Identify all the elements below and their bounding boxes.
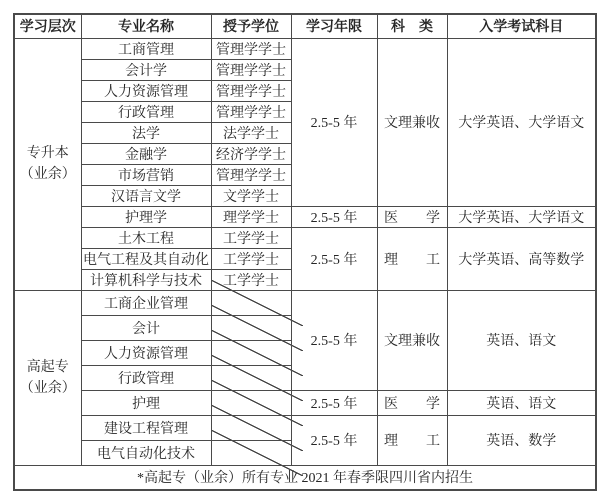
footnote: *高起专（业余）所有专业 2021 年春季限四川省内招生 [14,465,596,490]
exam-cell: 英语、语文 [447,390,596,415]
duration-cell: 2.5-5 年 [291,290,377,390]
table-row: 建设工程管理2.5-5 年理 工英语、数学 [14,415,596,440]
exam-cell: 英语、语文 [447,290,596,390]
major-cell: 电气自动化技术 [81,440,211,465]
major-cell: 金融学 [81,143,211,164]
category-cell: 理 工 [377,227,447,290]
table-row: 土木工程工学学士2.5-5 年理 工大学英语、高等数学 [14,227,596,248]
header-exam: 入学考试科目 [447,14,596,38]
degree-cell: 法学学士 [211,122,291,143]
major-cell: 工商企业管理 [81,290,211,315]
degree-cell: 工学学士 [211,269,291,290]
exam-cell: 大学英语、大学语文 [447,206,596,227]
duration-cell: 2.5-5 年 [291,206,377,227]
degree-slash-cell [211,290,291,315]
header-category: 科 类 [377,14,447,38]
header-level: 学习层次 [14,14,81,38]
duration-cell: 2.5-5 年 [291,390,377,415]
major-cell: 会计学 [81,59,211,80]
table-header: 学习层次专业名称授予学位学习年限科 类入学考试科目 [14,14,596,38]
level-name: 专升本 [16,143,80,164]
exam-cell: 大学英语、大学语文 [447,38,596,206]
duration-cell: 2.5-5 年 [291,38,377,206]
major-cell: 行政管理 [81,101,211,122]
major-cell: 行政管理 [81,365,211,390]
level-cell: 高起专（业余） [14,290,81,465]
major-cell: 汉语言文学 [81,185,211,206]
level-mode: （业余） [16,164,80,185]
table-row: 护理2.5-5 年医 学英语、语文 [14,390,596,415]
degree-slash-cell [211,440,291,465]
degree-slash-cell [211,315,291,340]
degree-slash-cell [211,415,291,440]
major-cell: 人力资源管理 [81,340,211,365]
page: 学习层次专业名称授予学位学习年限科 类入学考试科目 专升本（业余）工商管理管理学… [13,13,597,491]
degree-cell: 管理学学士 [211,59,291,80]
major-cell: 电气工程及其自动化 [81,248,211,269]
major-cell: 市场营销 [81,164,211,185]
duration-cell: 2.5-5 年 [291,227,377,290]
degree-cell: 管理学学士 [211,101,291,122]
level-name: 高起专 [16,357,80,378]
degree-cell: 工学学士 [211,248,291,269]
major-cell: 工商管理 [81,38,211,59]
degree-cell: 管理学学士 [211,164,291,185]
header-duration: 学习年限 [291,14,377,38]
category-cell: 理 工 [377,415,447,465]
exam-cell: 英语、数学 [447,415,596,465]
header-row: 学习层次专业名称授予学位学习年限科 类入学考试科目 [14,14,596,38]
degree-cell: 管理学学士 [211,80,291,101]
table-row: 高起专（业余）工商企业管理2.5-5 年文理兼收英语、语文 [14,290,596,315]
level-mode: （业余） [16,378,80,399]
major-cell: 土木工程 [81,227,211,248]
degree-cell: 理学学士 [211,206,291,227]
major-cell: 人力资源管理 [81,80,211,101]
degree-slash-cell [211,340,291,365]
major-cell: 护理 [81,390,211,415]
major-cell: 计算机科学与技术 [81,269,211,290]
duration-cell: 2.5-5 年 [291,415,377,465]
major-cell: 建设工程管理 [81,415,211,440]
degree-slash-cell [211,365,291,390]
major-cell: 护理学 [81,206,211,227]
major-cell: 法学 [81,122,211,143]
category-cell: 文理兼收 [377,38,447,206]
header-degree: 授予学位 [211,14,291,38]
table-body: 专升本（业余）工商管理管理学学士2.5-5 年文理兼收大学英语、大学语文会计学管… [14,38,596,465]
exam-cell: 大学英语、高等数学 [447,227,596,290]
level-cell: 专升本（业余） [14,38,81,290]
category-cell: 医 学 [377,390,447,415]
degree-cell: 管理学学士 [211,38,291,59]
degree-cell: 经济学学士 [211,143,291,164]
table-row: 护理学理学学士2.5-5 年医 学大学英语、大学语文 [14,206,596,227]
footnote-row: *高起专（业余）所有专业 2021 年春季限四川省内招生 [14,465,596,490]
degree-cell: 文学学士 [211,185,291,206]
major-cell: 会计 [81,315,211,340]
admissions-table: 学习层次专业名称授予学位学习年限科 类入学考试科目 专升本（业余）工商管理管理学… [13,13,597,491]
table-row: 专升本（业余）工商管理管理学学士2.5-5 年文理兼收大学英语、大学语文 [14,38,596,59]
degree-cell: 工学学士 [211,227,291,248]
category-cell: 医 学 [377,206,447,227]
category-cell: 文理兼收 [377,290,447,390]
header-major: 专业名称 [81,14,211,38]
degree-slash-cell [211,390,291,415]
